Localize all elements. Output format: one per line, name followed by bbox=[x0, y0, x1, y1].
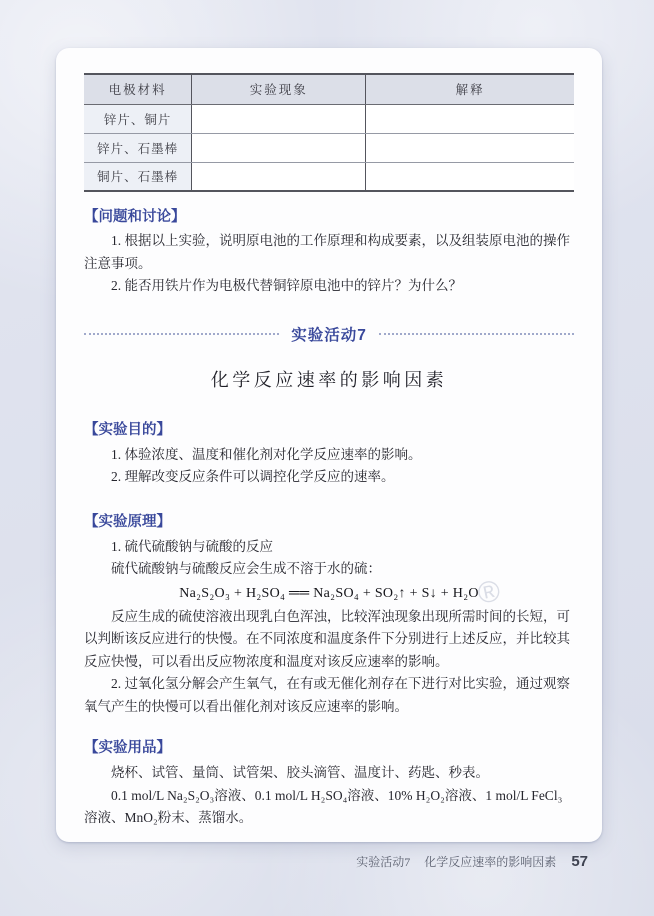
header-electrode-material: 电极材料 bbox=[84, 74, 192, 104]
footer-section-label: 实验活动7 bbox=[356, 853, 410, 870]
material-cell: 锌片、铜片 bbox=[84, 104, 192, 133]
table-row: 锌片、石墨棒 bbox=[84, 133, 574, 162]
principle-heading: 【实验原理】 bbox=[84, 510, 574, 531]
divider-dotted-line-left bbox=[84, 333, 279, 335]
supplies-equipment: 烧杯、试管、量筒、试管架、胶头滴管、温度计、药匙、秒表。 bbox=[84, 762, 574, 785]
table-header-row: 电极材料 实验现象 解释 bbox=[84, 74, 574, 104]
principle-item1-detail: 反应生成的硫使溶液出现乳白色浑浊，比较浑浊现象出现所需时间的长短，可以判断该反应… bbox=[84, 606, 574, 674]
electrode-experiment-table: 电极材料 实验现象 解释 锌片、铜片 锌片、石墨棒 铜片、石墨棒 bbox=[84, 73, 574, 192]
phenomenon-cell bbox=[192, 133, 366, 162]
phenomenon-cell bbox=[192, 104, 366, 133]
supplies-heading: 【实验用品】 bbox=[84, 736, 574, 757]
principle-item1-title: 1. 硫代硫酸钠与硫酸的反应 bbox=[84, 536, 574, 559]
activity-badge: 实验活动7 bbox=[291, 323, 367, 345]
objective-item: 2. 理解改变反应条件可以调控化学反应的速率。 bbox=[84, 466, 574, 489]
footer-chapter-title: 化学反应速率的影响因素 bbox=[424, 853, 556, 870]
table-row: 铜片、石墨棒 bbox=[84, 162, 574, 191]
discussion-item: 2. 能否用铁片作为电极代替铜锌原电池中的锌片？为什么？ bbox=[84, 275, 574, 298]
textbook-page: 电极材料 实验现象 解释 锌片、铜片 锌片、石墨棒 铜片、石墨棒 【问题 bbox=[56, 48, 602, 842]
supplies-chemicals: 0.1 mol/L Na₂S₂O₃溶液、0.1 mol/L H₂SO₄溶液、10… bbox=[84, 785, 574, 830]
divider-dotted-line-right bbox=[379, 333, 574, 335]
discussion-item: 1. 根据以上实验，说明原电池的工作原理和构成要素，以及组装原电池的操作注意事项… bbox=[84, 230, 574, 275]
objectives-heading: 【实验目的】 bbox=[84, 418, 574, 439]
chemical-equation: Na₂S₂O₃ + H₂SO₄ ══ Na₂SO₄ + SO₂↑ + S↓ + … bbox=[84, 586, 574, 602]
page-footer: 实验活动7 化学反应速率的影响因素 57 bbox=[356, 853, 588, 870]
explanation-cell bbox=[366, 162, 574, 191]
table-row: 锌片、铜片 bbox=[84, 104, 574, 133]
explanation-cell bbox=[366, 133, 574, 162]
phenomenon-cell bbox=[192, 162, 366, 191]
explanation-cell bbox=[366, 104, 574, 133]
principle-item2: 2. 过氧化氢分解会产生氧气，在有或无催化剂存在下进行对比实验，通过观察氧气产生… bbox=[84, 673, 574, 718]
activity-title: 化学反应速率的影响因素 bbox=[84, 366, 574, 392]
principle-item1-intro: 硫代硫酸钠与硫酸反应会生成不溶于水的硫： bbox=[84, 558, 574, 581]
page-number: 57 bbox=[571, 853, 588, 870]
material-cell: 铜片、石墨棒 bbox=[84, 162, 192, 191]
activity-divider: 实验活动7 bbox=[84, 323, 574, 345]
objective-item: 1. 体验浓度、温度和催化剂对化学反应速率的影响。 bbox=[84, 444, 574, 467]
material-cell: 锌片、石墨棒 bbox=[84, 133, 192, 162]
header-explanation: 解释 bbox=[366, 74, 574, 104]
header-phenomenon: 实验现象 bbox=[192, 74, 366, 104]
discussion-heading: 【问题和讨论】 bbox=[84, 205, 574, 226]
